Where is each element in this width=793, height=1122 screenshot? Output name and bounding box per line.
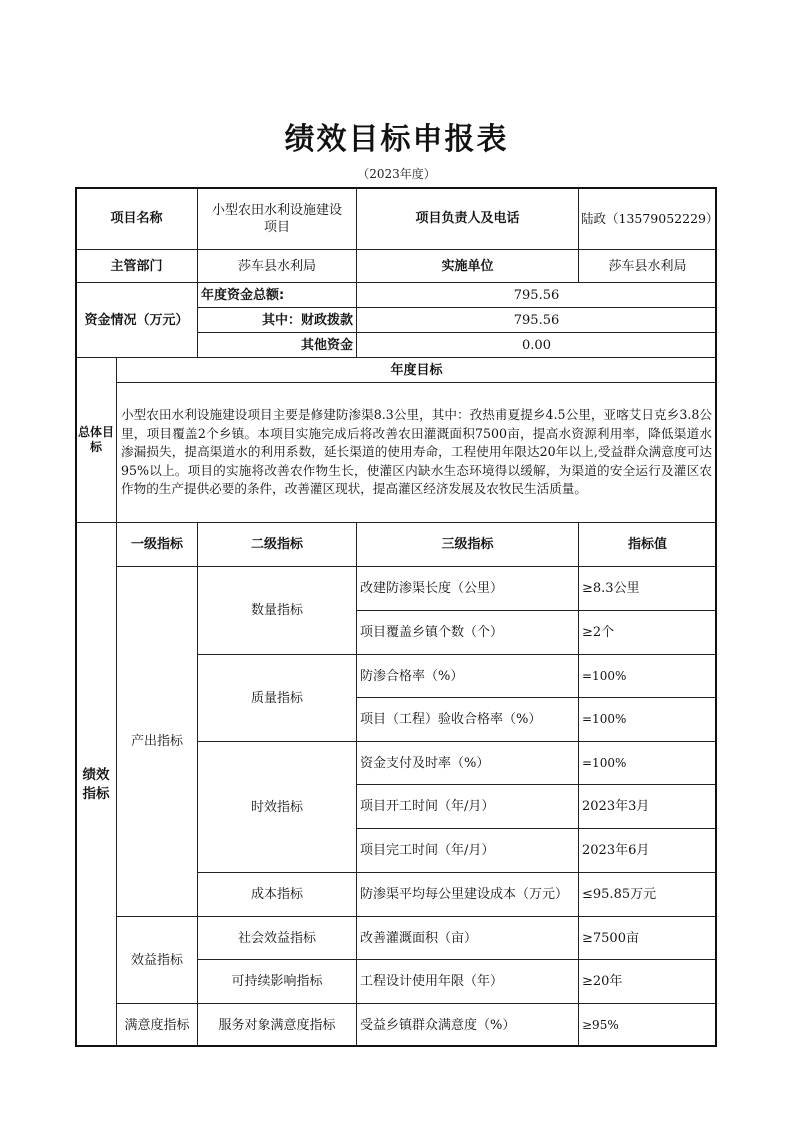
indicator-row-name: 改建防渗渠长度（公里）	[356, 566, 579, 611]
implementer-value: 莎车县水利局	[578, 249, 717, 283]
owner-label: 项目负责人及电话	[356, 187, 579, 250]
header-level1: 一级指标	[116, 522, 198, 567]
indicator-row-value: ≥7500亩	[578, 916, 717, 960]
level1-output: 产出指标	[116, 566, 198, 917]
project-name-label: 项目名称	[75, 187, 198, 250]
funding-fiscal-label: 其中：财政拨款	[197, 307, 357, 333]
indicator-row-name: 项目（工程）验收合格率（%）	[356, 697, 579, 742]
indicator-row-value: ≤95.85万元	[578, 872, 717, 917]
header-level2: 二级指标	[197, 522, 357, 567]
indicator-row-name: 项目开工时间（年/月）	[356, 784, 579, 829]
funding-section-label: 资金情况（万元）	[75, 282, 198, 358]
indicator-row-value: ≥2个	[578, 610, 717, 655]
level2-service-satisfaction: 服务对象满意度指标	[197, 1003, 357, 1047]
indicator-row-name: 改善灌溉面积（亩）	[356, 916, 579, 960]
level2-quality: 质量指标	[197, 654, 357, 742]
funding-other-label: 其他资金	[197, 332, 357, 358]
funding-other-value: 0.00	[356, 332, 717, 358]
annual-goal-header: 年度目标	[116, 357, 717, 383]
indicator-row-value: 2023年3月	[578, 784, 717, 829]
indicator-row-value: =100%	[578, 697, 717, 742]
overall-goal-label: 总体目标	[75, 357, 117, 523]
funding-total-value: 795.56	[356, 282, 717, 308]
department-label: 主管部门	[75, 249, 198, 283]
indicator-row-value: ≥8.3公里	[578, 566, 717, 611]
header-level3: 三级指标	[356, 522, 579, 567]
document-subtitle: （2023年度）	[0, 165, 793, 182]
project-name-value: 小型农田水利设施建设项目	[197, 187, 357, 250]
indicator-row-name: 项目完工时间（年/月）	[356, 828, 579, 873]
indicator-row-value: 2023年6月	[578, 828, 717, 873]
annual-goal-text: 小型农田水利设施建设项目主要是修建防渗渠8.3公里，其中：孜热甫夏提乡4.5公里…	[116, 382, 717, 523]
indicator-row-value: =100%	[578, 741, 717, 785]
level2-timeliness: 时效指标	[197, 741, 357, 873]
indicator-row-name: 工程设计使用年限（年）	[356, 959, 579, 1004]
level2-social-benefit: 社会效益指标	[197, 916, 357, 960]
header-value: 指标值	[578, 522, 717, 567]
level2-quantity: 数量指标	[197, 566, 357, 655]
document-title: 绩效目标申报表	[0, 114, 793, 158]
indicator-row-name: 防渗渠平均每公里建设成本（万元）	[356, 872, 579, 917]
level2-sustainability: 可持续影响指标	[197, 959, 357, 1004]
indicator-row-value: ≥95%	[578, 1003, 717, 1047]
indicator-row-name: 受益乡镇群众满意度（%）	[356, 1003, 579, 1047]
funding-total-label: 年度资金总额:	[197, 282, 357, 308]
funding-fiscal-value: 795.56	[356, 307, 717, 333]
indicators-section-label: 绩效指标	[75, 522, 117, 1047]
indicator-row-name: 项目覆盖乡镇个数（个）	[356, 610, 579, 655]
implementer-label: 实施单位	[356, 249, 579, 283]
level1-satisfaction: 满意度指标	[116, 1003, 198, 1047]
indicator-row-value: ≥20年	[578, 959, 717, 1004]
indicator-row-name: 防渗合格率（%）	[356, 654, 579, 698]
owner-value: 陆政（13579052229）	[578, 187, 717, 250]
indicator-row-value: =100%	[578, 654, 717, 698]
level2-cost: 成本指标	[197, 872, 357, 917]
indicator-row-name: 资金支付及时率（%）	[356, 741, 579, 785]
department-value: 莎车县水利局	[197, 249, 357, 283]
level1-benefit: 效益指标	[116, 916, 198, 1004]
